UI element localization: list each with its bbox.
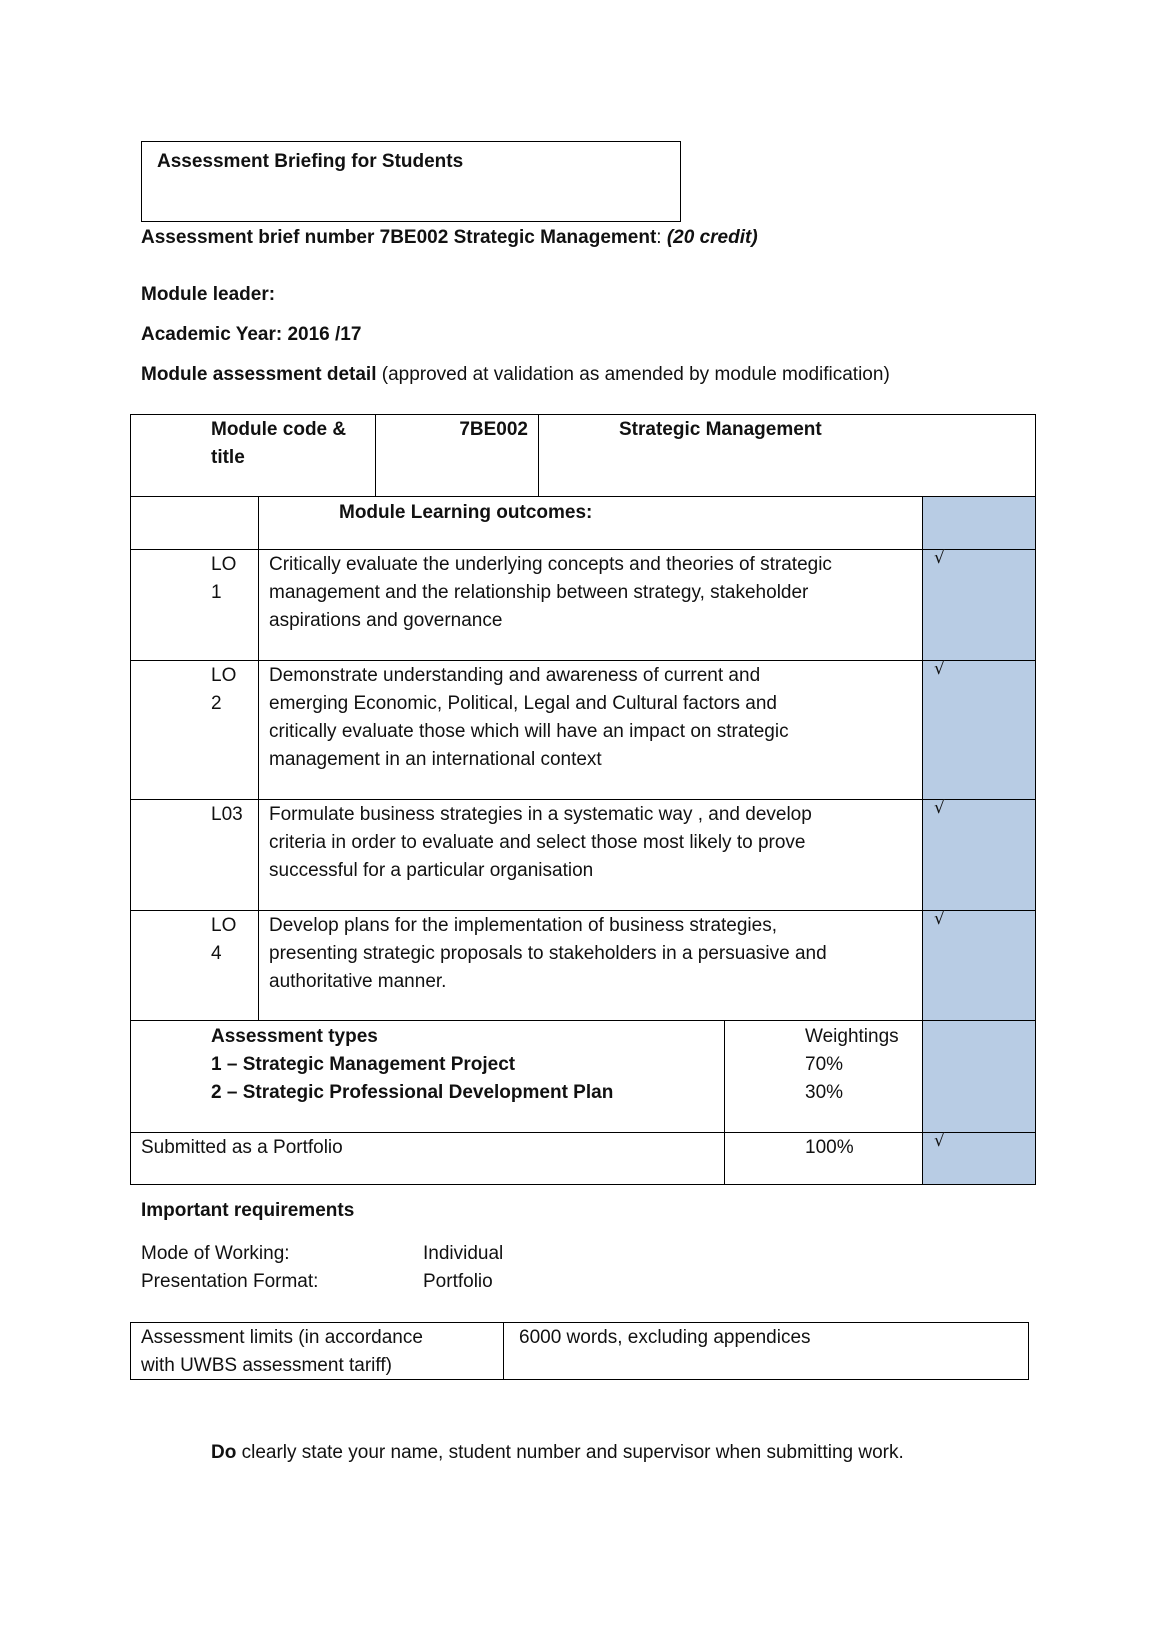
brief-number-label: Assessment brief number 7BE002 Strategic… — [141, 227, 656, 248]
submission-instruction: Do clearly state your name, student numb… — [211, 1442, 904, 1464]
assessment-limits-table: Assessment limits (in accordance with UW… — [130, 1322, 1029, 1380]
module-code-label: Module code & title — [211, 416, 346, 472]
requirements-values: Individual Portfolio — [423, 1240, 503, 1296]
mode-of-working-label: Mode of Working: — [141, 1240, 318, 1268]
table-border-vertical — [1035, 414, 1036, 1185]
outcome-description: Develop plans for the implementation of … — [269, 912, 919, 996]
brief-number-sep: : — [656, 227, 661, 248]
outcome-description: Critically evaluate the underlying conce… — [269, 551, 919, 635]
outcome-code: L03 — [211, 801, 251, 829]
assessment-types-block: Assessment types 1 – Strategic Managemen… — [211, 1023, 613, 1107]
portfolio-label: Submitted as a Portfolio — [141, 1134, 343, 1162]
outcome-description: Demonstrate understanding and awareness … — [269, 662, 919, 774]
credit-value: (20 credit) — [667, 227, 758, 248]
table-border-vertical — [724, 1020, 725, 1185]
table-border-horizontal — [130, 549, 1036, 550]
requirements-labels: Mode of Working: Presentation Format: — [141, 1240, 318, 1296]
table-border-horizontal — [130, 1132, 1036, 1133]
table-border-vertical — [130, 414, 131, 1185]
mode-of-working-value: Individual — [423, 1240, 503, 1268]
weightings-block: Weightings 70% 30% — [805, 1023, 899, 1107]
academic-year: Academic Year: 2016 /17 — [141, 324, 361, 346]
learning-outcomes-heading: Module Learning outcomes: — [339, 499, 592, 527]
presentation-format-value: Portfolio — [423, 1268, 503, 1296]
table-border-horizontal — [130, 414, 1036, 415]
module-title: Strategic Management — [619, 416, 822, 444]
table-border-horizontal — [130, 1020, 1036, 1021]
check-icon: √ — [934, 909, 945, 929]
do-text: clearly state your name, student number … — [236, 1442, 903, 1463]
assessment-type-2: 2 – Strategic Professional Development P… — [211, 1079, 613, 1107]
check-icon: √ — [934, 798, 945, 818]
table-border-vertical — [538, 414, 539, 497]
table-border-horizontal — [130, 799, 1036, 800]
outcome-code: LO2 — [211, 662, 251, 718]
weighting-2: 30% — [805, 1079, 899, 1107]
assessment-detail-note: (approved at validation as amended by mo… — [376, 364, 889, 385]
weighting-1: 70% — [805, 1051, 899, 1079]
check-column-fill — [922, 497, 1036, 1184]
assessment-limits-value: 6000 words, excluding appendices — [519, 1324, 811, 1352]
presentation-format-label: Presentation Format: — [141, 1268, 318, 1296]
table-border-horizontal — [130, 1184, 1036, 1185]
outcome-description: Formulate business strategies in a syste… — [269, 801, 919, 885]
weightings-heading: Weightings — [805, 1023, 899, 1051]
assessment-limits-label: Assessment limits (in accordance with UW… — [141, 1324, 423, 1380]
outcome-code: LO1 — [211, 551, 251, 607]
check-icon: √ — [934, 659, 945, 679]
assessment-detail-line: Module assessment detail (approved at va… — [141, 364, 890, 386]
do-label: Do — [211, 1442, 236, 1463]
table-border-horizontal — [130, 660, 1036, 661]
table-border-vertical — [503, 1323, 504, 1379]
table-border-vertical — [922, 496, 923, 1185]
module-leader-label: Module leader: — [141, 284, 275, 306]
table-border-vertical — [258, 496, 259, 1021]
portfolio-check-icon: √ — [934, 1131, 945, 1151]
table-border-horizontal — [130, 910, 1036, 911]
module-code: 7BE002 — [376, 416, 528, 444]
assessment-detail-label: Module assessment detail — [141, 364, 376, 385]
briefing-title-box: Assessment Briefing for Students — [141, 141, 681, 222]
briefing-title: Assessment Briefing for Students — [157, 151, 463, 173]
outcome-code: LO4 — [211, 912, 251, 968]
requirements-heading: Important requirements — [141, 1200, 354, 1222]
portfolio-weighting: 100% — [805, 1134, 854, 1162]
assessment-types-heading: Assessment types — [211, 1023, 613, 1051]
assessment-type-1: 1 – Strategic Management Project — [211, 1051, 613, 1079]
check-icon: √ — [934, 548, 945, 568]
table-border-horizontal — [130, 496, 1036, 497]
brief-number-line: Assessment brief number 7BE002 Strategic… — [141, 227, 758, 249]
